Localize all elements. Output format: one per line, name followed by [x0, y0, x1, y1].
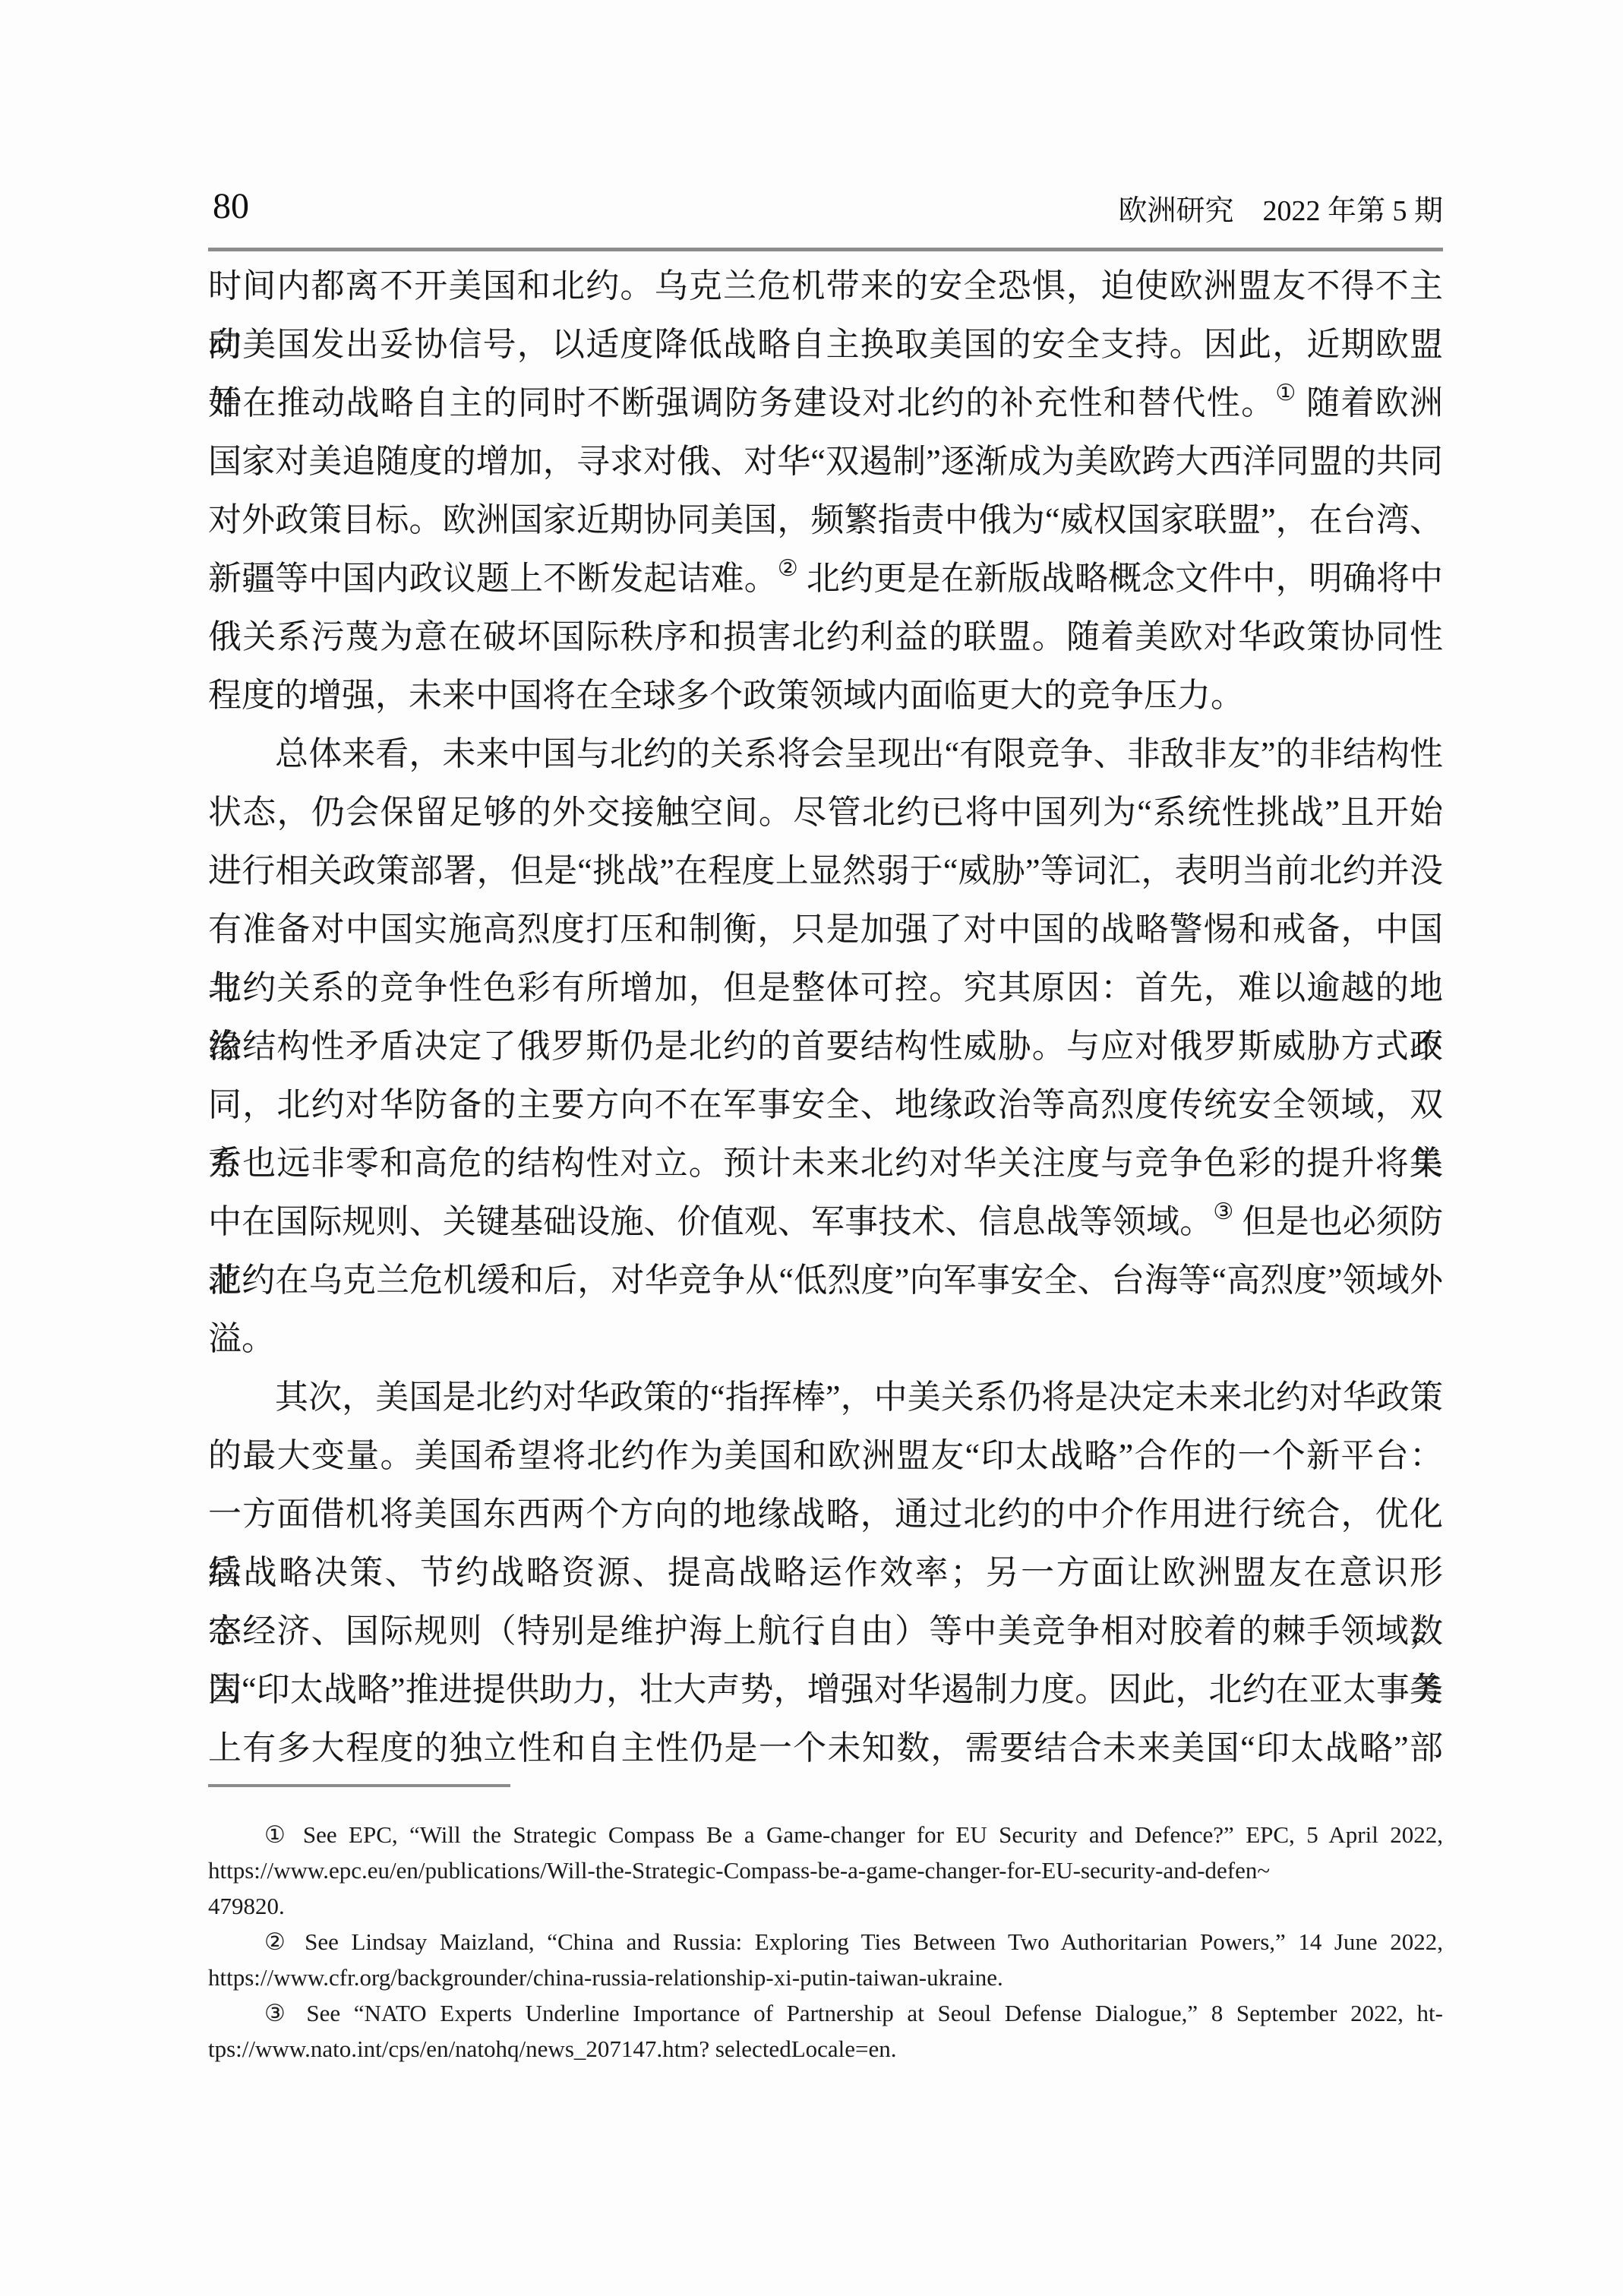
body-line: 总体来看，未来中国与北约的关系将会呈现出“有限竞争、非敌非友”的非结构性 [208, 725, 1443, 783]
body-line: 国“印太战略”推进提供助力，壮大声势，增强对华遏制力度。因此，北约在亚太事务 [208, 1660, 1443, 1719]
footnote-line: ② See Lindsay Maizland, “China and Russi… [208, 1924, 1443, 1960]
body-paragraph: 时间内都离不开美国和北约。乌克兰危机带来的安全恐惧，迫使欧洲盟友不得不主动向美国… [208, 257, 1443, 725]
footnote-ref-marker: ② [778, 556, 798, 581]
journal-page: 80 欧洲研究 2022 年第 5 期 时间内都离不开美国和北约。乌克兰危机带来… [0, 0, 1623, 2296]
body-line: 同，北约对华防备的主要方向不在军事安全、地缘政治等高烈度传统安全领域，双方关 [208, 1075, 1443, 1134]
body-line: 俄关系污蔑为意在破坏国际秩序和损害北约利益的联盟。随着美欧对华政策协同性 [208, 608, 1443, 666]
body-paragraph: 总体来看，未来中国与北约的关系将会呈现出“有限竞争、非敌非友”的非结构性状态，仍… [208, 725, 1443, 1368]
footnote-line: 479820. [208, 1888, 1443, 1924]
body-line: 溢。 [208, 1309, 1443, 1368]
footnote-line: tps://www.nato.int/cps/en/natohq/news_20… [208, 2031, 1443, 2067]
footnote: ② See Lindsay Maizland, “China and Russi… [208, 1924, 1443, 1995]
header-rule [208, 248, 1443, 251]
body-line: 字经济、国际规则（特别是维护海上航行自由）等中美竞争相对胶着的棘手领域，为美 [208, 1602, 1443, 1660]
body-line: 系也远非零和高危的结构性对立。预计未来北约对华关注度与竞争色彩的提升将集 [208, 1134, 1443, 1192]
body-line: 续战略决策、节约战略资源、提高战略运作效率；另一方面让欧洲盟友在意识形态、数 [208, 1543, 1443, 1602]
footnote: ③ See “NATO Experts Underline Importance… [208, 1995, 1443, 2067]
body-text: 时间内都离不开美国和北约。乌克兰危机带来的安全恐惧，迫使欧洲盟友不得不主动向美国… [208, 257, 1443, 1777]
footnote-ref-marker: ③ [1213, 1199, 1233, 1224]
footnotes: ① See EPC, “Will the Strategic Compass B… [208, 1817, 1443, 2067]
body-line: 北约在乌克兰危机缓和后，对华竞争从“低烈度”向军事安全、台海等“高烈度”领域外 [208, 1251, 1443, 1309]
journal-header: 欧洲研究 2022 年第 5 期 [208, 193, 1443, 229]
footnote-separator [208, 1784, 510, 1787]
body-line: 一方面借机将美国东西两个方向的地缘战略，通过北约的中介作用进行统合，优化后 [208, 1485, 1443, 1543]
body-line: 国家对美追随度的增加，寻求对俄、对华“双遏制”逐渐成为美欧跨大西洋同盟的共同 [208, 432, 1443, 491]
footnote: ① See EPC, “Will the Strategic Compass B… [208, 1817, 1443, 1924]
body-line: 北约关系的竞争性色彩有所增加，但是整体可控。究其原因：首先，难以逾越的地缘政 [208, 959, 1443, 1017]
body-line: 上有多大程度的独立性和自主性仍是一个未知数，需要结合未来美国“印太战略”部 [208, 1719, 1443, 1777]
body-line: 程度的增强，未来中国将在全球多个政策领域内面临更大的竞争压力。 [208, 666, 1443, 725]
body-line: 进行相关政策部署，但是“挑战”在程度上显然弱于“威胁”等词汇，表明当前北约并没 [208, 842, 1443, 900]
body-line: 的最大变量。美国希望将北约作为美国和欧洲盟友“印太战略”合作的一个新平台： [208, 1426, 1443, 1485]
body-line: 对外政策目标。欧洲国家近期协同美国，频繁指责中俄为“威权国家联盟”，在台湾、 [208, 491, 1443, 549]
body-paragraph: 其次，美国是北约对华政策的“指挥棒”，中美关系仍将是决定未来北约对华政策的最大变… [208, 1368, 1443, 1777]
body-line: 新疆等中国内政议题上不断发起诘难。② 北约更是在新版战略概念文件中，明确将中 [208, 549, 1443, 608]
body-line: 始在推动战略自主的同时不断强调防务建设对北约的补充性和替代性。① 随着欧洲 [208, 374, 1443, 432]
body-line: 其次，美国是北约对华政策的“指挥棒”，中美关系仍将是决定未来北约对华政策 [208, 1368, 1443, 1426]
footnote-line: ① See EPC, “Will the Strategic Compass B… [208, 1817, 1443, 1852]
footnote-line: https://www.cfr.org/backgrounder/china-r… [208, 1960, 1443, 1995]
footnote-line: ③ See “NATO Experts Underline Importance… [208, 1995, 1443, 2031]
body-line: 有准备对中国实施高烈度打压和制衡，只是加强了对中国的战略警惕和戒备，中国与 [208, 900, 1443, 959]
body-line: 状态，仍会保留足够的外交接触空间。尽管北约已将中国列为“系统性挑战”且开始 [208, 783, 1443, 842]
body-line: 治结构性矛盾决定了俄罗斯仍是北约的首要结构性威胁。与应对俄罗斯威胁方式不 [208, 1017, 1443, 1075]
footnote-ref-marker: ① [1275, 381, 1296, 406]
body-line: 中在国际规则、关键基础设施、价值观、军事技术、信息战等领域。③ 但是也必须防范 [208, 1192, 1443, 1251]
footnote-line: https://www.epc.eu/en/publications/Will-… [208, 1852, 1443, 1888]
body-line: 时间内都离不开美国和北约。乌克兰危机带来的安全恐惧，迫使欧洲盟友不得不主动 [208, 257, 1443, 315]
body-line: 向美国发出妥协信号，以适度降低战略自主换取美国的安全支持。因此，近期欧盟开 [208, 315, 1443, 374]
